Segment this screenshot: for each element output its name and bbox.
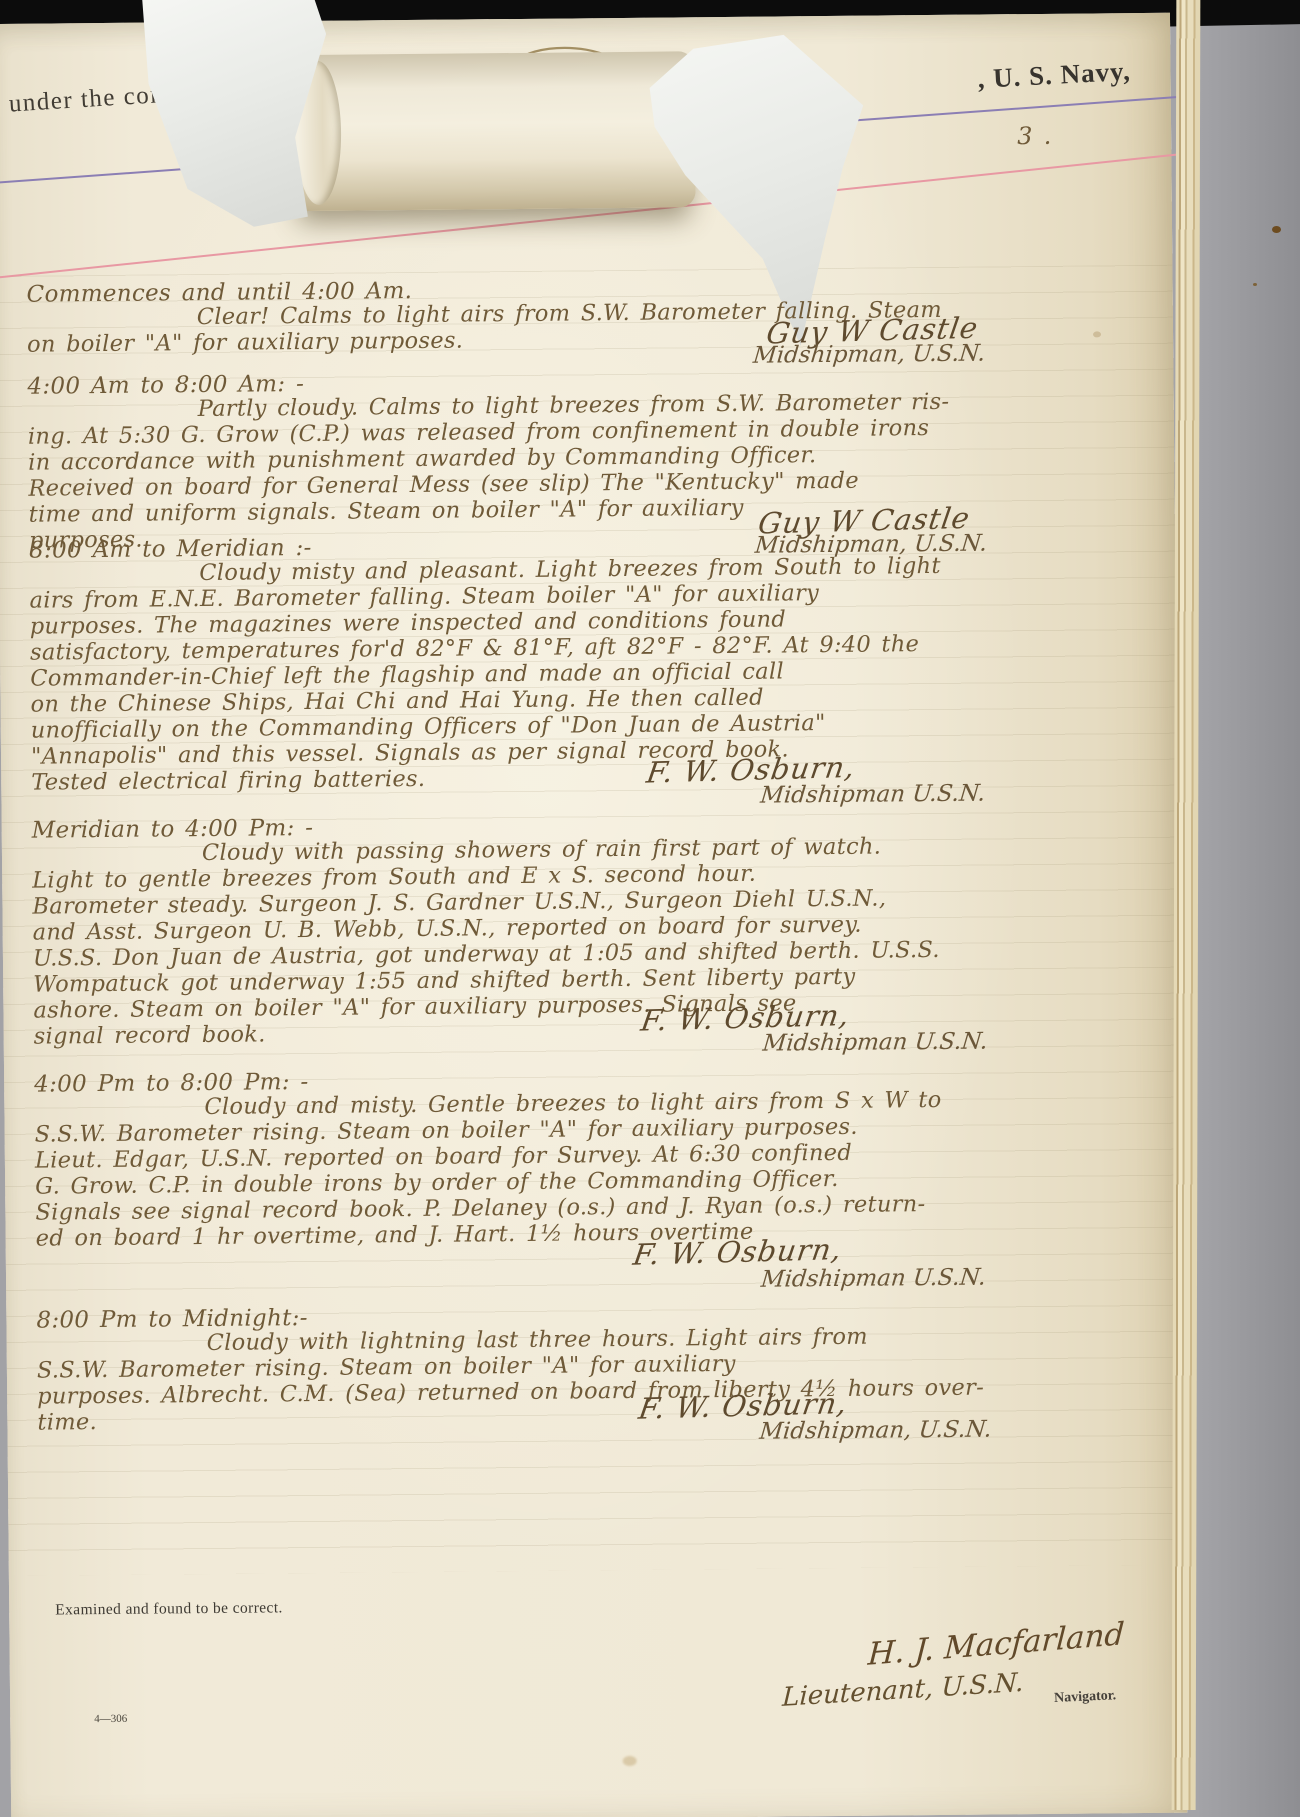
log-section: Meridian to 4:00 Pm: -Cloudy with passin…: [32, 808, 1044, 1050]
backdrop-speck-small: [1253, 283, 1257, 286]
watch-officer-signature-title: Midshipman U.S.N.: [759, 781, 986, 809]
navigator-signature-title: Lieutenant, U.S.N.: [782, 1668, 1025, 1713]
form-number: 4—306: [94, 1713, 127, 1725]
handwritten-year-digit: 3 .: [1017, 122, 1052, 150]
page-stack-edge: [1172, 0, 1201, 1810]
printed-header-fragment-right: , U. S. Navy,: [977, 56, 1132, 95]
log-section: 4:00 Pm to 8:00 Pm: -Cloudy and misty. G…: [34, 1062, 1046, 1252]
watch-officer-signature-title: Midshipman U.S.N.: [762, 1028, 989, 1056]
watch-officer-signature-title: Midshipman, U.S.N.: [758, 1416, 993, 1444]
log-section: 8:00 Am to Meridian :-Cloudy misty and p…: [29, 528, 1041, 796]
examined-note: Examined and found to be correct.: [55, 1599, 283, 1619]
watch-officer-signature-title: Midshipman, U.S.N.: [754, 530, 989, 558]
page-stain: [623, 1756, 637, 1766]
navigator-signature: H. J. Macfarland: [867, 1616, 1125, 1673]
navigator-printed-label: Navigator.: [1054, 1688, 1117, 1707]
watch-officer-signature-title: Midshipman, U.S.N.: [752, 340, 987, 368]
log-section: 8:00 Pm to Midnight:-Cloudy with lightni…: [36, 1298, 1047, 1436]
watch-officer-signature-title: Midshipman U.S.N.: [760, 1265, 987, 1293]
photographed-logbook-scene: { "header": { "fragment_left": "under th…: [0, 0, 1300, 1817]
rolled-paper-weight: [290, 51, 695, 211]
logbook-page: under the comm , U. S. Navy, 3 . Commenc…: [0, 13, 1187, 1817]
backdrop-speck: [1272, 226, 1281, 233]
page-stain-small: [1093, 331, 1101, 337]
